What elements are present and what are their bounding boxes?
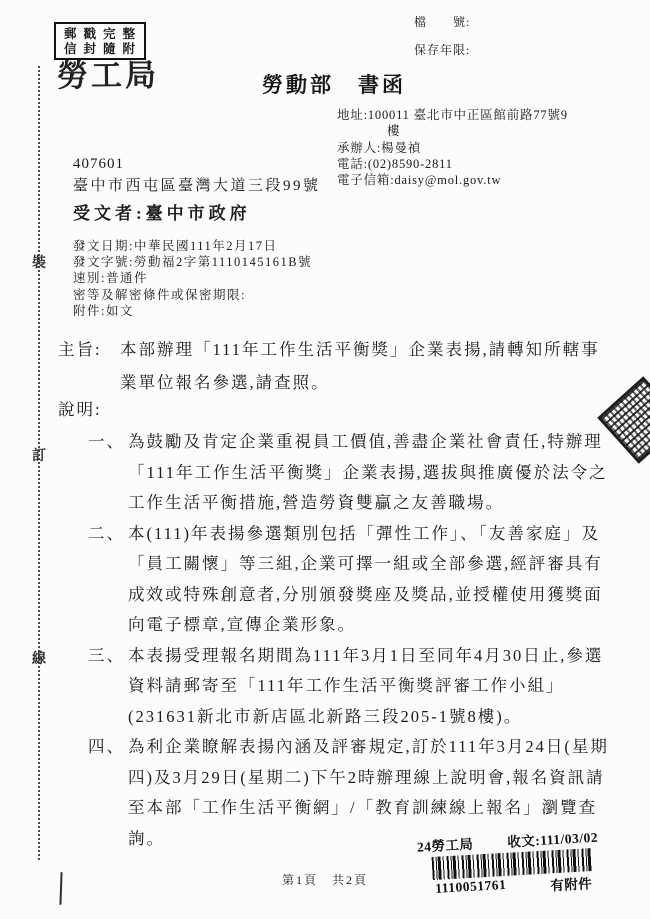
sender-info-block: 地址:100011 臺北市中正區館前路77號9 樓 承辦人:楊曼禎 電話:(02…: [337, 107, 568, 188]
sender-address-line2: 樓: [337, 123, 568, 139]
receipt-stamp: 24勞工局 收文:111/03/02 1110051761 有附件: [402, 823, 640, 902]
explanation-item-3: 三、 本表揚受理報名期間為111年3月1日至同年4月30日止,參選資料請郵寄至「…: [88, 641, 623, 733]
explanation-items: 一、 為鼓勵及肯定企業重視員工價值,善盡企業社會責任,特辦理「111年工作生活平…: [88, 427, 623, 854]
scanned-official-letter: 郵戳完整 信封隨附 勞工局 檔 號: 保存年限: 勞動部 書函 地址:10001…: [0, 0, 650, 919]
sender-email: 電子信箱:daisy@mol.gov.tw: [337, 172, 568, 188]
receipt-date: 收文:111/03/02: [507, 826, 599, 851]
item-number: 四、: [88, 732, 128, 854]
subject-label: 主旨:: [58, 333, 120, 399]
meta-issue-date: 發文日期:中華民國111年2月17日: [73, 238, 312, 254]
page-number-footer: 第1頁 共2頁: [0, 871, 650, 888]
meta-security-class: 密等及解密條件或保密期限:: [73, 287, 312, 303]
recipient-zip: 407601: [73, 156, 124, 173]
explanation-item-2: 二、 本(111)年表揚參選類別包括「彈性工作」、「友善家庭」及「員工關懷」等三…: [88, 519, 623, 641]
item-number: 二、: [88, 519, 128, 641]
binding-mark-zhuang: 裝: [31, 252, 47, 272]
receipt-office: 24勞工局: [416, 833, 474, 856]
binding-mark-ding: 訂: [31, 445, 47, 465]
postal-stamp-row1: 郵戳完整: [64, 27, 142, 42]
sender-address-line1: 地址:100011 臺北市中正區館前路77號9: [337, 107, 568, 123]
item-text: 為鼓勵及肯定企業重視員工價值,善盡企業社會責任,特辦理「111年工作生活平衡獎」…: [128, 427, 620, 519]
subject-section: 主旨: 本部辦理「111年工作生活平衡獎」企業表揚,請轉知所轄事業單位報名參選,…: [58, 333, 618, 399]
item-text: 本表揚受理報名期間為111年3月1日至同年4月30日止,參選資料請郵寄至「111…: [128, 641, 620, 733]
item-number: 三、: [88, 641, 128, 733]
document-meta-block: 發文日期:中華民國111年2月17日 發文字號:勞動福2字第1110145161…: [73, 238, 312, 319]
binding-mark-xian: 線: [31, 648, 47, 668]
explanation-item-1: 一、 為鼓勵及肯定企業重視員工價值,善盡企業社會責任,特辦理「111年工作生活平…: [88, 427, 623, 519]
explanation-label: 說明:: [58, 396, 102, 420]
sender-contact: 承辦人:楊曼禎: [337, 140, 568, 156]
meta-speed-class: 速別:普通件: [73, 270, 312, 286]
labor-bureau-stamp: 勞工局: [57, 49, 159, 95]
document-title: 勞動部 書函: [262, 69, 406, 99]
file-number-label: 檔 號:: [414, 13, 470, 30]
sender-phone: 電話:(02)8590-2811: [337, 156, 568, 172]
retention-period-label: 保存年限:: [414, 41, 470, 58]
pen-mark: [59, 872, 62, 905]
item-number: 一、: [88, 427, 128, 519]
meta-attachment: 附件:如文: [73, 303, 312, 319]
recipient-address: 臺中市西屯區臺灣大道三段99號: [73, 174, 321, 195]
meta-issue-number: 發文字號:勞動福2字第1110145161B號: [73, 254, 312, 270]
item-text: 本(111)年表揚參選類別包括「彈性工作」、「友善家庭」及「員工關懷」等三組,企…: [128, 519, 620, 641]
recipient-line: 受文者:臺中市政府: [73, 199, 251, 224]
subject-text: 本部辦理「111年工作生活平衡獎」企業表揚,請轉知所轄事業單位報名參選,請查照。: [120, 333, 604, 399]
